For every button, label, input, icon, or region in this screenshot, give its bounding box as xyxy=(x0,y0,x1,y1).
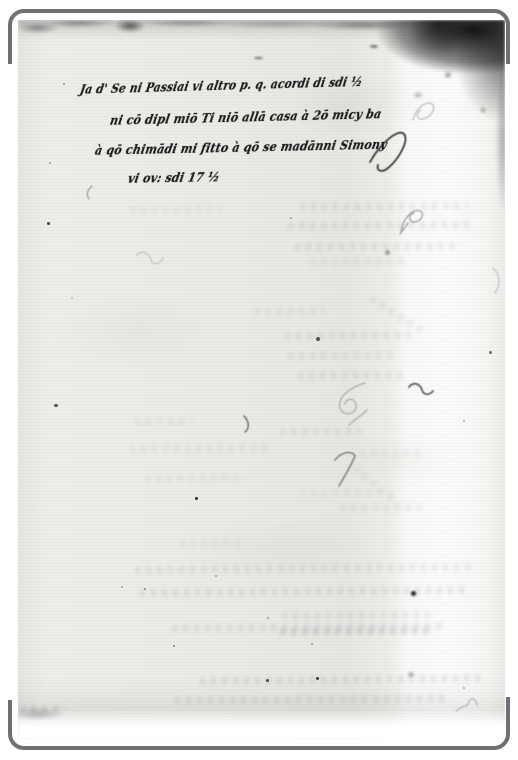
ink-speck xyxy=(63,83,65,85)
ink-flourish xyxy=(136,252,163,263)
bottom-edge-smudge xyxy=(18,669,505,739)
ink-speck xyxy=(173,645,175,647)
ink-speck xyxy=(195,497,198,500)
ink-speck xyxy=(267,617,269,619)
top-edge-smudge xyxy=(18,20,505,250)
ink-speck xyxy=(266,679,269,682)
manuscript-page: Ja d' Se ni Passiai vi altro p. q. acord… xyxy=(18,20,505,739)
ink-flourish xyxy=(335,453,355,486)
ink-speck xyxy=(47,222,50,225)
ink-speck xyxy=(49,162,51,164)
ink-speck xyxy=(144,588,146,590)
ink-speck xyxy=(71,297,73,299)
ink-speck xyxy=(408,672,414,677)
ink-speck xyxy=(489,351,492,354)
ink-speck xyxy=(385,250,390,255)
handwriting-line-4: vi ov: sdi 17 ½ xyxy=(127,170,221,187)
ink-speck xyxy=(370,45,378,48)
ink-speck xyxy=(254,57,263,59)
ink-flourish xyxy=(244,416,248,432)
ink-speck xyxy=(215,575,217,577)
ink-speck xyxy=(411,591,416,596)
scan-viewer: Ja d' Se ni Passiai vi altro p. q. acord… xyxy=(0,0,518,760)
ink-speck xyxy=(290,217,292,219)
ink-speck xyxy=(463,687,465,689)
ink-speck xyxy=(311,643,313,645)
ink-flourish xyxy=(409,384,433,395)
ink-speck xyxy=(54,404,58,407)
ink-flourish xyxy=(493,268,499,293)
frame-side-gap-left xyxy=(0,64,17,700)
ink-speck xyxy=(316,337,320,341)
ink-speck xyxy=(316,677,319,680)
ink-speck xyxy=(463,420,465,422)
ink-flourish xyxy=(340,383,365,414)
ink-speck xyxy=(121,586,123,588)
